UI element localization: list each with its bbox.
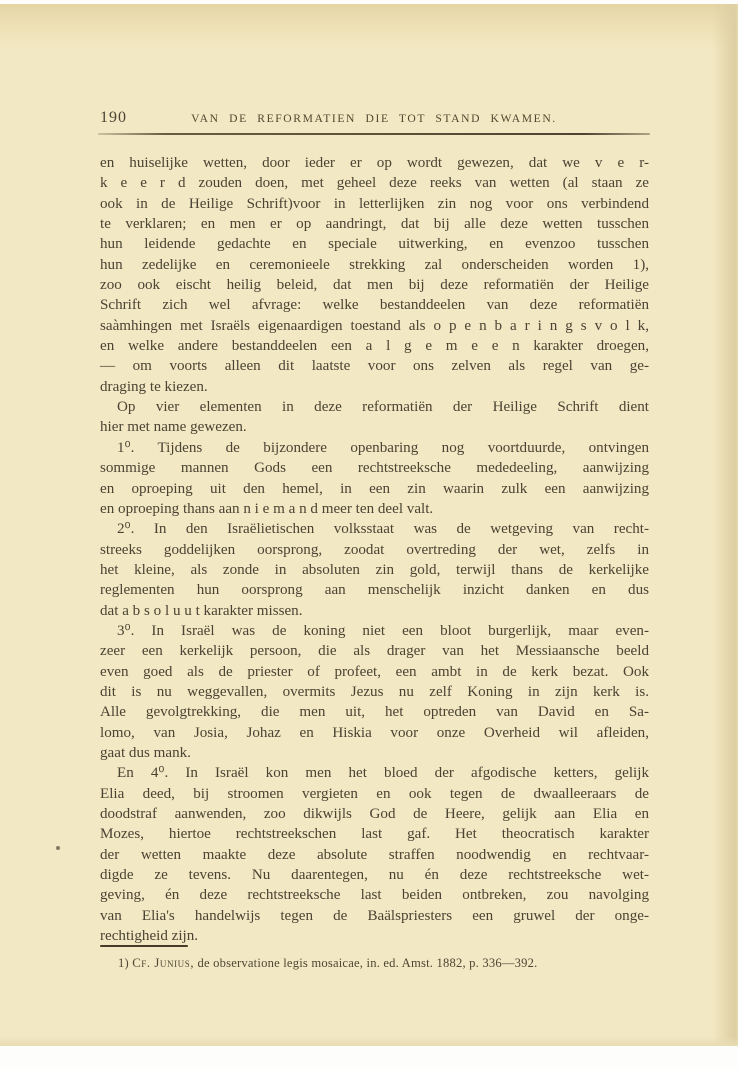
footnote-marker: 1) xyxy=(118,956,129,970)
text-line: zeer een kerkelijk persoon, die als drag… xyxy=(100,641,649,661)
text-line: streeks goddelijken oorsprong, zoodat ov… xyxy=(100,540,649,560)
text-line: 2⁰. In den Israëlietischen volksstaat wa… xyxy=(100,519,649,539)
paper-page: 190 VAN DE REFORMATIEN DIE TOT STAND KWA… xyxy=(0,4,738,1046)
text-line: zoo ook eischt heilig beleid, dat men bi… xyxy=(100,275,649,295)
text-line: even goed als de priester of profeet, ee… xyxy=(100,662,649,682)
footnote-separator-rule xyxy=(100,945,188,947)
text-line: van Elia's handelwijs tegen de Baälsprie… xyxy=(100,906,649,926)
text-line: der wetten maakte deze absolute straffen… xyxy=(100,845,649,865)
page-bottom-edge-shading xyxy=(0,1036,738,1046)
text-line: en oproeping uit den hemel, in een zin w… xyxy=(100,479,649,499)
scan-bottom-white-edge xyxy=(0,1046,738,1068)
text-line: rechtigheid zijn. xyxy=(100,926,649,946)
text-line: het kleine, als zonde in absoluten zin g… xyxy=(100,560,649,580)
text-line: gaat dus mank. xyxy=(100,743,649,763)
text-line: Alle gevolgtrekking, die men uit, het op… xyxy=(100,702,649,722)
page-top-edge-shading xyxy=(0,4,738,48)
text-line: ook in de Heilige Schrift)voor in letter… xyxy=(100,194,649,214)
running-title: VAN DE REFORMATIEN DIE TOT STAND KWAMEN. xyxy=(100,112,648,125)
paragraph: 3⁰. In Israël was de koning niet een blo… xyxy=(100,621,649,763)
text-line: hun zedelijke en ceremonieele strekking … xyxy=(100,255,649,275)
footnote: 1) Cf. Junius, de observatione legis mos… xyxy=(100,956,648,971)
footnote-text: de observatione legis mosaicae, in. ed. … xyxy=(197,956,537,970)
text-line: Mozes, hiertoe rechtstreekschen last gaf… xyxy=(100,824,649,844)
text-line: 3⁰. In Israël was de koning niet een blo… xyxy=(100,621,649,641)
body-text: en huiselijke wetten, door ieder er op w… xyxy=(100,153,649,946)
text-line: lomo, van Josia, Johaz en Hiskia voor on… xyxy=(100,723,649,743)
text-line: Schrift zich wel afvrage: welke bestandd… xyxy=(100,295,649,315)
ink-speck xyxy=(56,846,60,850)
text-line: doodstraf aanwenden, zoo dikwijls God de… xyxy=(100,804,649,824)
header-rule xyxy=(98,133,650,135)
text-line: digde ze tevens. Nu daarentegen, nu én d… xyxy=(100,865,649,885)
text-line: en oproeping thans aan n i e m a n d mee… xyxy=(100,499,649,519)
book-page-scan: 190 VAN DE REFORMATIEN DIE TOT STAND KWA… xyxy=(0,0,738,1068)
page-right-edge-shading xyxy=(712,4,738,1046)
text-line: dit is nu weggevallen, overmits Jezus nu… xyxy=(100,682,649,702)
text-line: en huiselijke wetten, door ieder er op w… xyxy=(100,153,649,173)
page-header: 190 VAN DE REFORMATIEN DIE TOT STAND KWA… xyxy=(100,106,648,132)
text-line: Elia deed, bij stroomen vergieten en ook… xyxy=(100,784,649,804)
paragraph: 2⁰. In den Israëlietischen volksstaat wa… xyxy=(100,519,649,621)
text-line: — om voorts alleen dit laatste voor ons … xyxy=(100,356,649,376)
text-line: Op vier elementen in deze reformatiën de… xyxy=(100,397,649,417)
text-line: te verklaren; en men er op aandringt, da… xyxy=(100,214,649,234)
text-line: draging te kiezen. xyxy=(100,377,649,397)
paragraph: en huiselijke wetten, door ieder er op w… xyxy=(100,153,649,397)
text-line: 1⁰. Tijdens de bijzondere openbaring nog… xyxy=(100,438,649,458)
text-line: geving, én deze rechtstreeksche last bei… xyxy=(100,885,649,905)
text-line: hun leidende gedachte en speciale uitwer… xyxy=(100,234,649,254)
text-line: hier met name gewezen. xyxy=(100,417,649,437)
text-line: reglementen hun oorsprong aan menschelij… xyxy=(100,580,649,600)
text-line: En 4⁰. In Israël kon men het bloed der a… xyxy=(100,763,649,783)
text-line: saàmhingen met Israëls eigenaardigen toe… xyxy=(100,316,649,336)
paragraph: En 4⁰. In Israël kon men het bloed der a… xyxy=(100,763,649,946)
footnote-author: Cf. Junius, xyxy=(132,956,194,970)
paragraph: Op vier elementen in deze reformatiën de… xyxy=(100,397,649,438)
text-line: k e e r d zouden doen, met geheel deze r… xyxy=(100,173,649,193)
text-line: sommige mannen Gods een rechtstreeksche … xyxy=(100,458,649,478)
scan-top-white-edge xyxy=(0,0,738,4)
paragraph: 1⁰. Tijdens de bijzondere openbaring nog… xyxy=(100,438,649,519)
text-line: en welke andere bestanddeelen een a l g … xyxy=(100,336,649,356)
text-line: dat a b s o l u u t karakter missen. xyxy=(100,601,649,621)
